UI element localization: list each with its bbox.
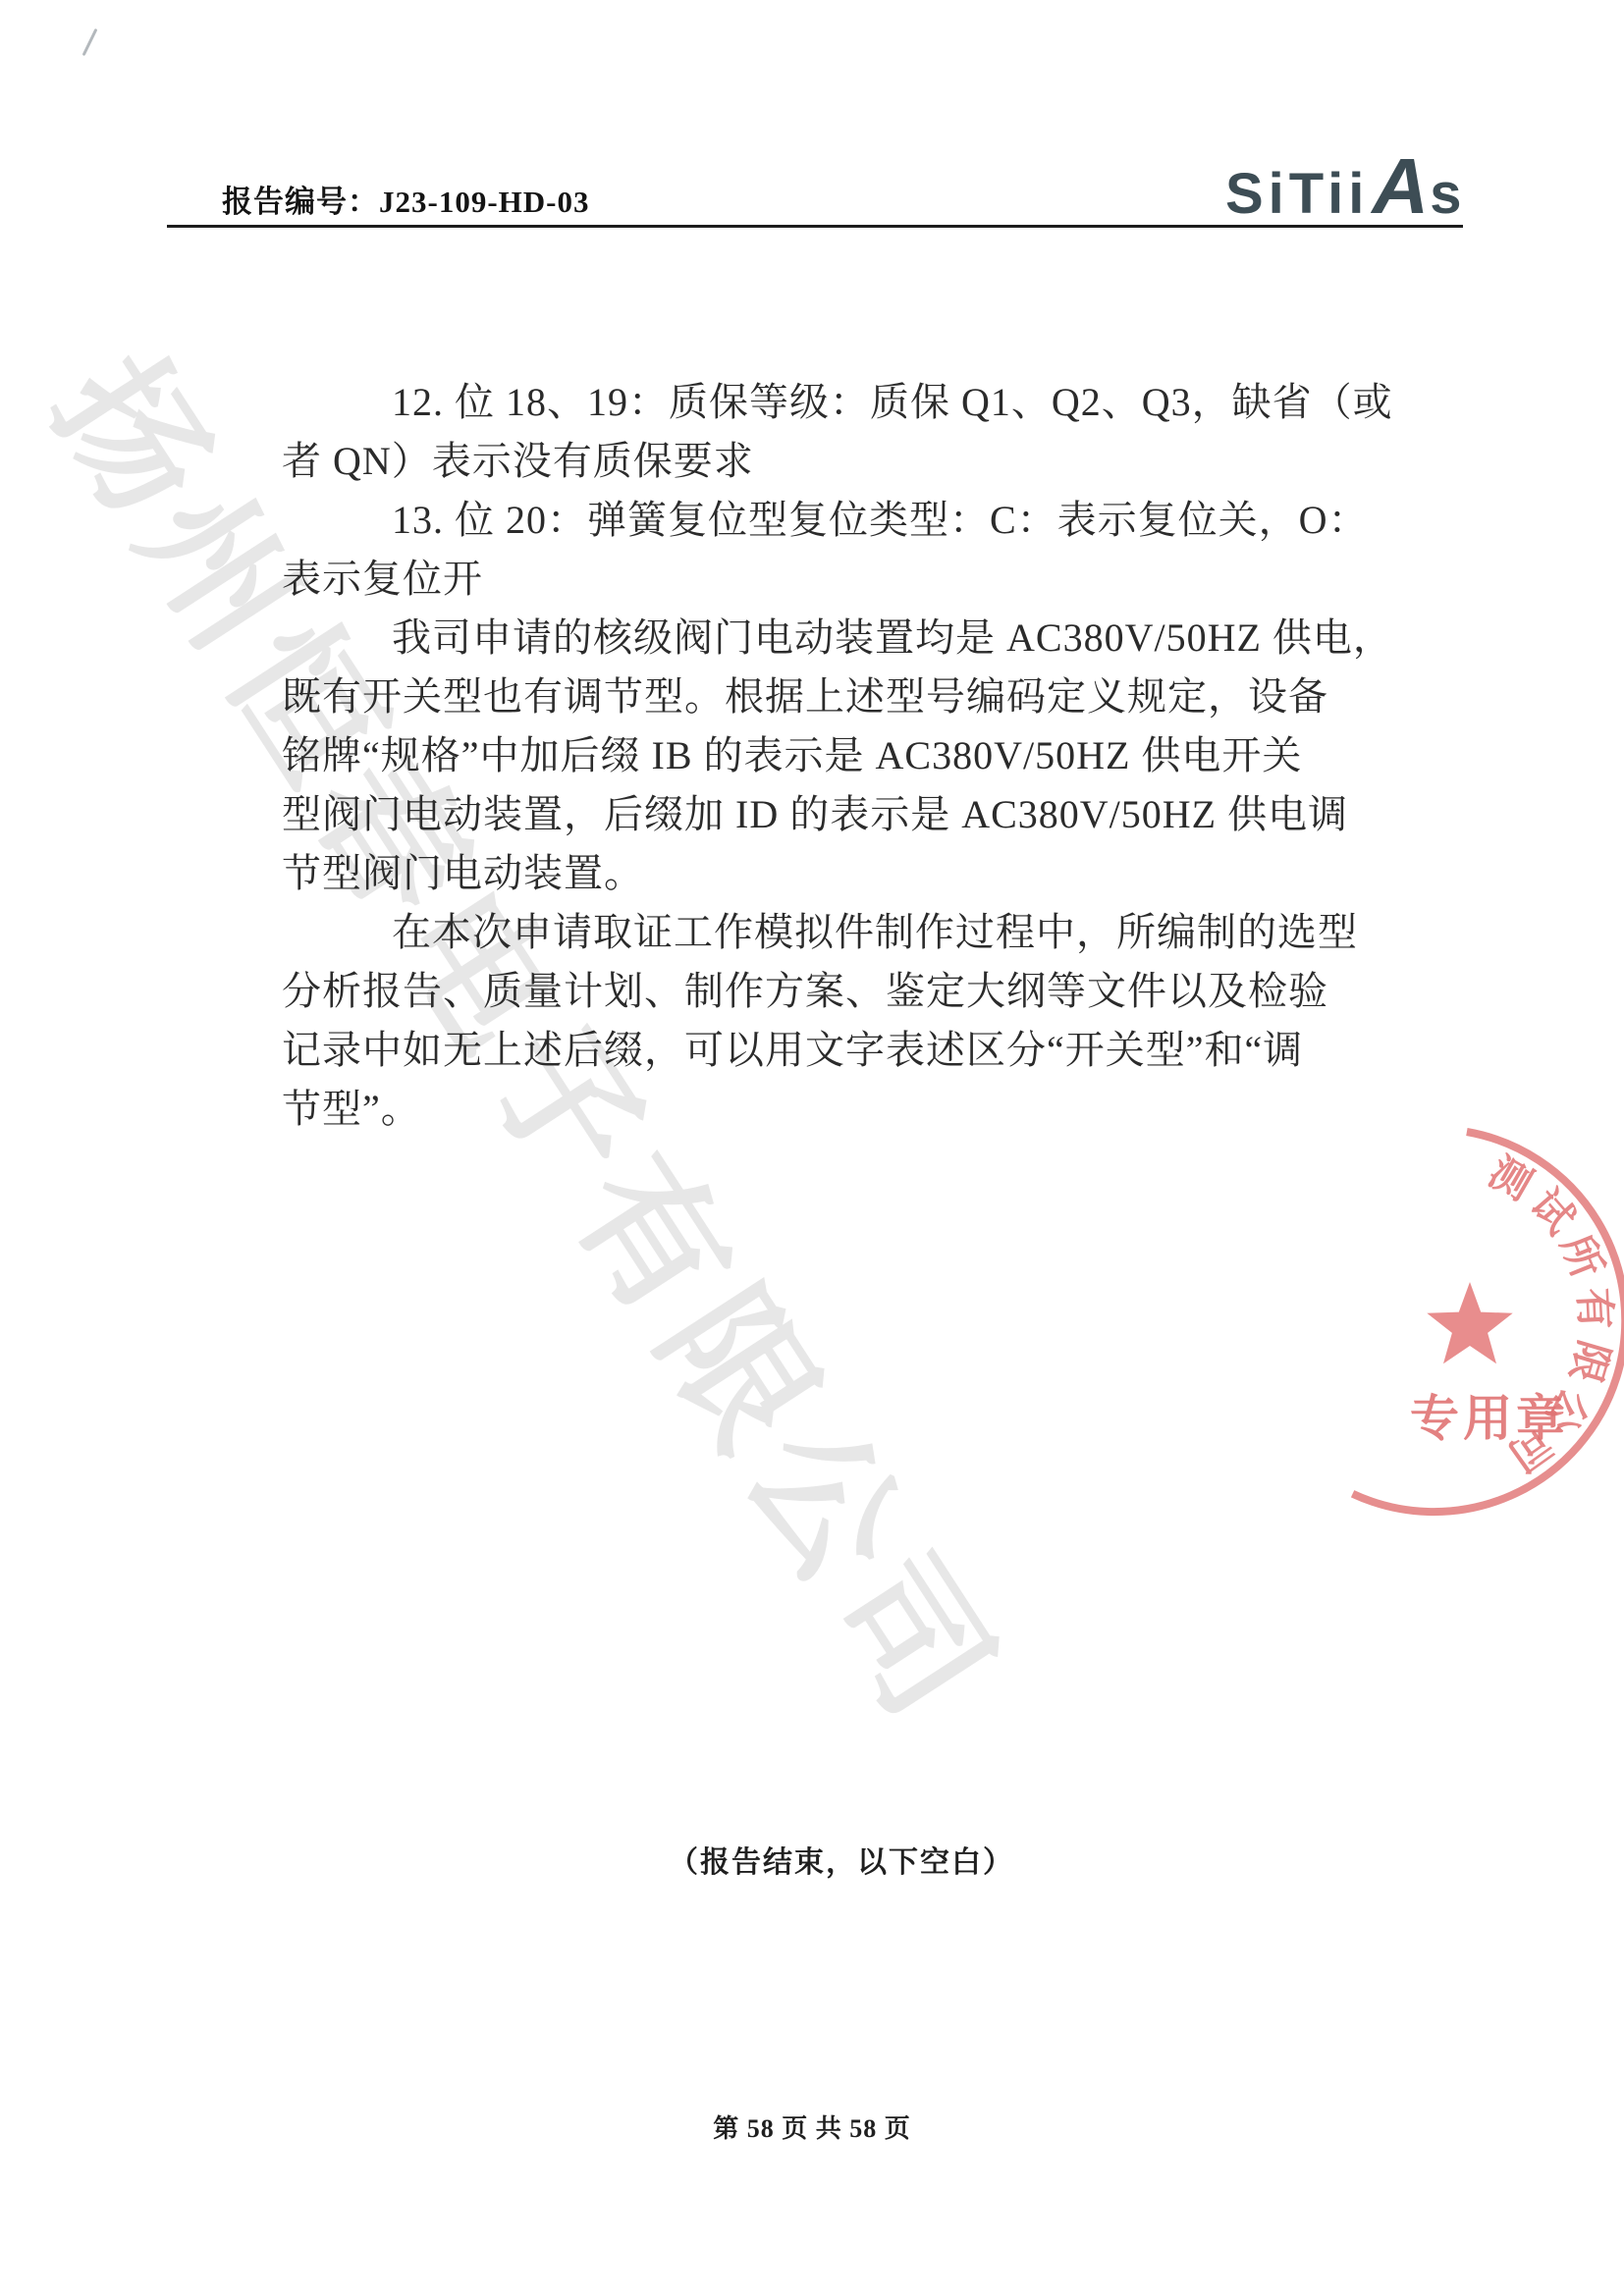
body-paragraphs: 12. 位 18、19：质保等级：质保 Q1、Q2、Q3，缺省（或 者 QN）表… [282, 373, 1372, 1139]
logo-text-main: SiTii [1225, 166, 1369, 223]
logo-text-a: A [1372, 147, 1429, 226]
body-line: 表示复位开 [282, 550, 1372, 609]
page-number: 第 58 页 共 58 页 [0, 2109, 1624, 2145]
report-number-line: 报告编号：J23-109-HD-03 [222, 177, 589, 221]
company-stamp: 测试所有限公司 专用章 [1296, 1119, 1624, 1571]
document-page: 报告编号：J23-109-HD-03 SiTii A s 扬州恒春电子有限公司 … [0, 0, 1624, 2296]
body-line: 既有开关型也有调节型。根据上述型号编码定义规定，设备 [282, 667, 1372, 726]
body-line: 铭牌“规格”中加后缀 IB 的表示是 AC380V/50HZ 供电开关 [282, 726, 1372, 785]
report-number-value: J23-109-HD-03 [379, 185, 589, 219]
logo-text-s: s [1430, 166, 1461, 223]
stamp-star-icon [1427, 1282, 1512, 1363]
scan-stray-mark [82, 28, 98, 56]
company-logo: SiTii A s [1225, 147, 1461, 226]
body-line: 在本次申请取证工作模拟件制作过程中，所编制的选型 [282, 903, 1372, 962]
body-line: 型阀门电动装置，后缀加 ID 的表示是 AC380V/50HZ 供电调 [282, 785, 1372, 844]
report-number-label: 报告编号： [222, 185, 379, 219]
stamp-seal-text: 专用章 [1410, 1391, 1569, 1446]
body-line: 我司申请的核级阀门电动装置均是 AC380V/50HZ 供电， [282, 609, 1372, 667]
report-end-note: （报告结束，以下空白） [29, 1838, 1624, 1881]
body-line: 13. 位 20：弹簧复位型复位类型：C：表示复位关，O： [282, 491, 1372, 550]
body-line: 分析报告、质量计划、制作方案、鉴定大纲等文件以及检验 [282, 962, 1372, 1021]
body-line: 者 QN）表示没有质保要求 [282, 432, 1372, 491]
body-line: 12. 位 18、19：质保等级：质保 Q1、Q2、Q3，缺省（或 [282, 373, 1372, 432]
body-line: 节型阀门电动装置。 [282, 844, 1372, 903]
header-divider-line [167, 225, 1463, 228]
body-line: 记录中如无上述后缀，可以用文字表述区分“开关型”和“调 [282, 1021, 1372, 1080]
body-line: 节型”。 [282, 1080, 1372, 1139]
